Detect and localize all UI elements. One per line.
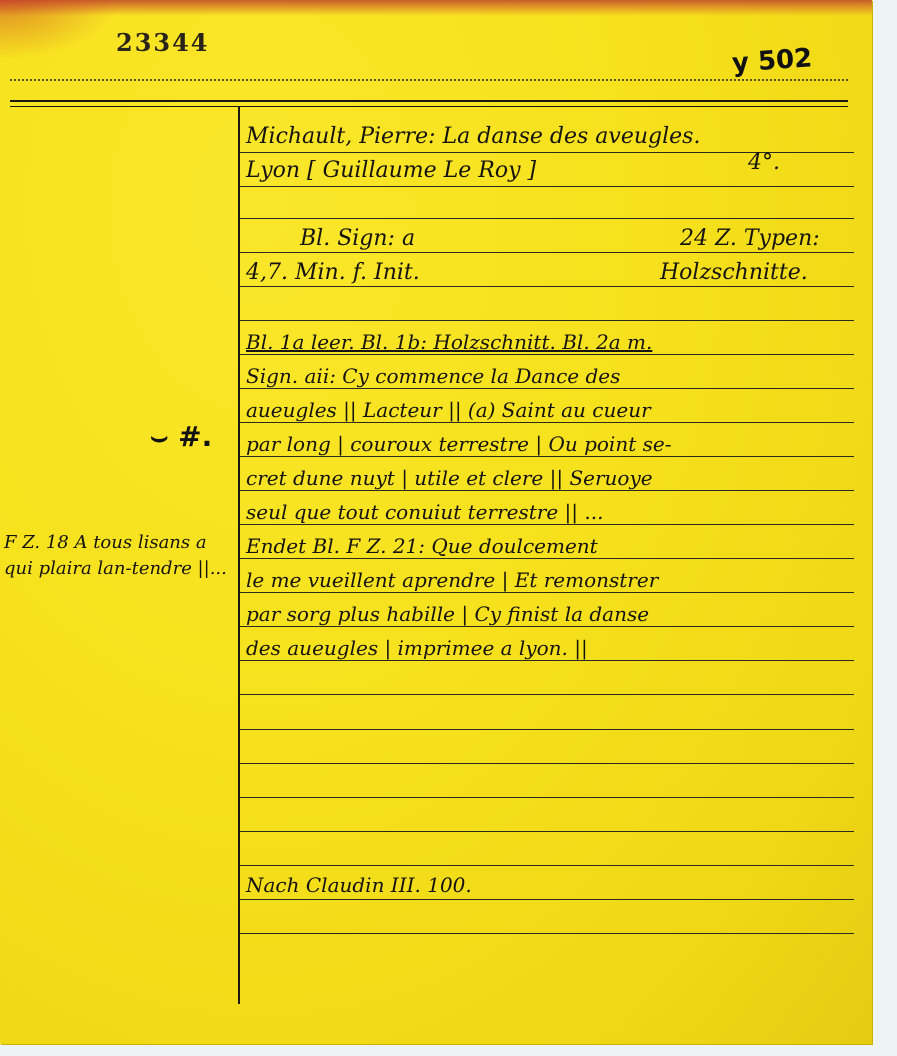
ruled-line	[240, 933, 854, 934]
ruled-line	[240, 626, 854, 627]
ruled-line	[240, 286, 854, 287]
entry-explicit-3: par sorg plus habille | Cy finist la dan…	[246, 602, 649, 626]
entry-format: 4°.	[748, 150, 780, 175]
ruled-line	[240, 252, 854, 253]
ruled-line	[240, 865, 854, 866]
entry-explicit-4: des aueugles | imprimee a lyon. ||	[246, 636, 588, 660]
entry-collation: Bl. 1a leer. Bl. 1b: Holzschnitt. Bl. 2a…	[246, 330, 652, 354]
ruled-line	[240, 558, 854, 559]
burnt-edge-top	[0, 0, 872, 16]
dotted-divider	[10, 79, 848, 81]
ruled-line	[240, 490, 854, 491]
ruled-line	[240, 422, 854, 423]
entry-incipit-1: Sign. aii: Cy commence la Dance des	[246, 364, 620, 388]
entry-incipit-2: aueugles || Lacteur || (a) Saint au cueu…	[246, 398, 651, 422]
header-double-rule	[10, 100, 848, 107]
entry-line-title: Michault, Pierre: La danse des aveugles.	[246, 124, 700, 149]
card-number: 23344	[116, 28, 210, 57]
entry-type-details: 4,7. Min. f. Init.	[246, 260, 420, 285]
shelfmark: y 502	[731, 43, 813, 79]
entry-woodcuts: Holzschnitte.	[660, 260, 808, 285]
ruled-line	[240, 456, 854, 457]
ruled-line	[240, 694, 854, 695]
ruled-line	[240, 729, 854, 730]
ruled-line	[240, 763, 854, 764]
margin-vertical-rule	[238, 106, 240, 1004]
ruled-line	[240, 899, 854, 900]
entry-incipit-3: par long | couroux terrestre | Ou point …	[246, 432, 671, 456]
entry-signatures: Bl. Sign: a	[300, 226, 415, 251]
burnt-corner	[0, 0, 120, 60]
entry-line-imprint: Lyon [ Guillaume Le Roy ]	[246, 158, 536, 183]
ruled-line	[240, 660, 854, 661]
ruled-line	[240, 320, 854, 321]
ruled-line	[240, 797, 854, 798]
margin-hash-mark: ⌣ #.	[150, 420, 212, 454]
ruled-line	[240, 218, 854, 219]
entry-incipit-4: cret dune nuyt | utile et clere || Seruo…	[246, 466, 653, 490]
catalogue-card: 23344 y 502 Michault, Pierre: La danse d…	[0, 0, 872, 1044]
ruled-line	[240, 388, 854, 389]
ruled-line	[240, 524, 854, 525]
entry-explicit-2: le me vueillent aprendre | Et remonstrer	[246, 568, 658, 592]
ruled-line	[240, 186, 854, 187]
entry-source-note: Nach Claudin III. 100.	[246, 873, 472, 897]
ruled-line	[240, 592, 854, 593]
ruled-line	[240, 354, 854, 355]
entry-incipit-5: seul que tout conuiut terrestre || ...	[246, 500, 603, 524]
entry-explicit-1: Endet Bl. F Z. 21: Que doulcement	[246, 534, 598, 558]
margin-note: F Z. 18 A tous lisans a qui plaira lan-t…	[4, 530, 232, 582]
entry-lines-types: 24 Z. Typen:	[680, 226, 820, 251]
ruled-line	[240, 831, 854, 832]
